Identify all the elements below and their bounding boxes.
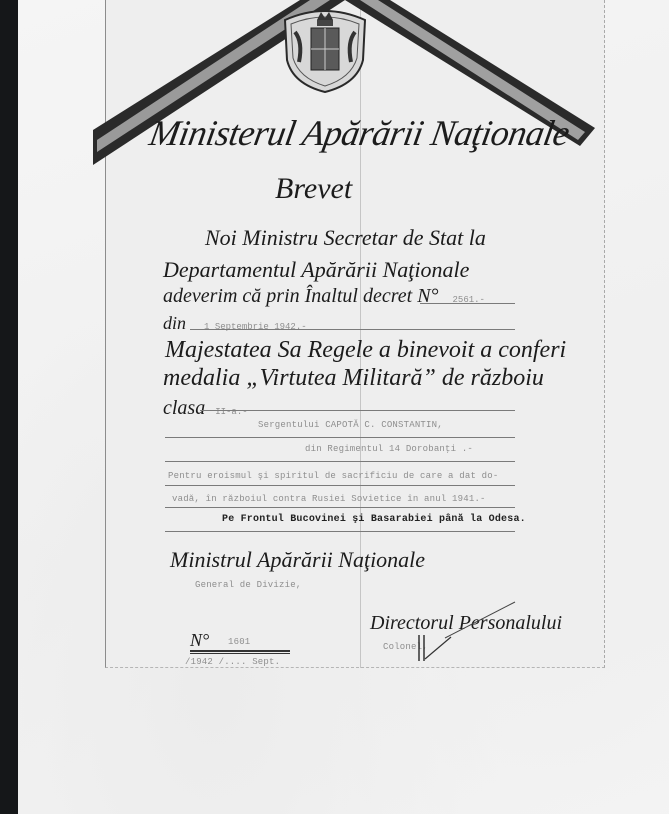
coat-of-arms-icon bbox=[277, 2, 373, 94]
minister-rank: General de Divizie, bbox=[195, 580, 301, 590]
underline bbox=[165, 531, 515, 532]
decree-label: adeverim că prin Înaltul decret N° bbox=[163, 285, 439, 307]
underline bbox=[165, 507, 515, 508]
recipient-name: Sergentului CAPOTĂ C. CONSTANTIN, bbox=[258, 420, 443, 430]
front-line: Pe Frontul Bucovinei şi Basarabiei până … bbox=[222, 514, 526, 525]
class-value: II-a.- bbox=[215, 407, 247, 417]
reason-line-1: Pentru eroismul şi spiritul de sacrifici… bbox=[168, 471, 498, 481]
register-date: /1942 /.... Sept. bbox=[185, 657, 280, 667]
body-line-7: clasaII-a.- bbox=[163, 397, 248, 420]
body-line-6: medalia „Virtutea Militară” de războiu bbox=[163, 365, 544, 392]
class-label: clasa bbox=[163, 397, 205, 419]
underline bbox=[165, 461, 515, 462]
underline bbox=[190, 329, 515, 330]
ministry-title: Ministerul Apărării Naţionale bbox=[146, 112, 572, 154]
underline bbox=[165, 437, 515, 438]
register-label: N° bbox=[190, 630, 209, 651]
body-line-5: Majestatea Sa Regele a binevoit a confer… bbox=[165, 337, 566, 364]
underline bbox=[200, 410, 515, 411]
underline bbox=[190, 653, 290, 654]
decree-date: 1 Septembrie 1942.- bbox=[204, 322, 307, 332]
body-line-2: Departamentul Apărării Naţionale bbox=[163, 257, 469, 283]
body-line-4: din1 Septembrie 1942.- bbox=[163, 313, 307, 334]
signature-stroke-icon bbox=[440, 600, 520, 640]
document-subtitle: Brevet bbox=[275, 172, 352, 206]
reason-line-2: vadă, în războiul contra Rusiei Sovietic… bbox=[172, 494, 486, 504]
minister-signature-title: Ministrul Apărării Naţionale bbox=[170, 547, 425, 573]
underline bbox=[190, 650, 290, 652]
recipient-unit: din Regimentul 14 Dorobanţi .- bbox=[305, 444, 473, 454]
register-number: 1601 bbox=[228, 637, 250, 647]
date-label: din bbox=[163, 313, 186, 333]
body-line-3: adeverim că prin Înaltul decret N°2561.- bbox=[163, 285, 485, 308]
body-line-1: Noi Ministru Secretar de Stat la bbox=[205, 225, 486, 251]
underline bbox=[420, 303, 515, 304]
underline bbox=[165, 485, 515, 486]
